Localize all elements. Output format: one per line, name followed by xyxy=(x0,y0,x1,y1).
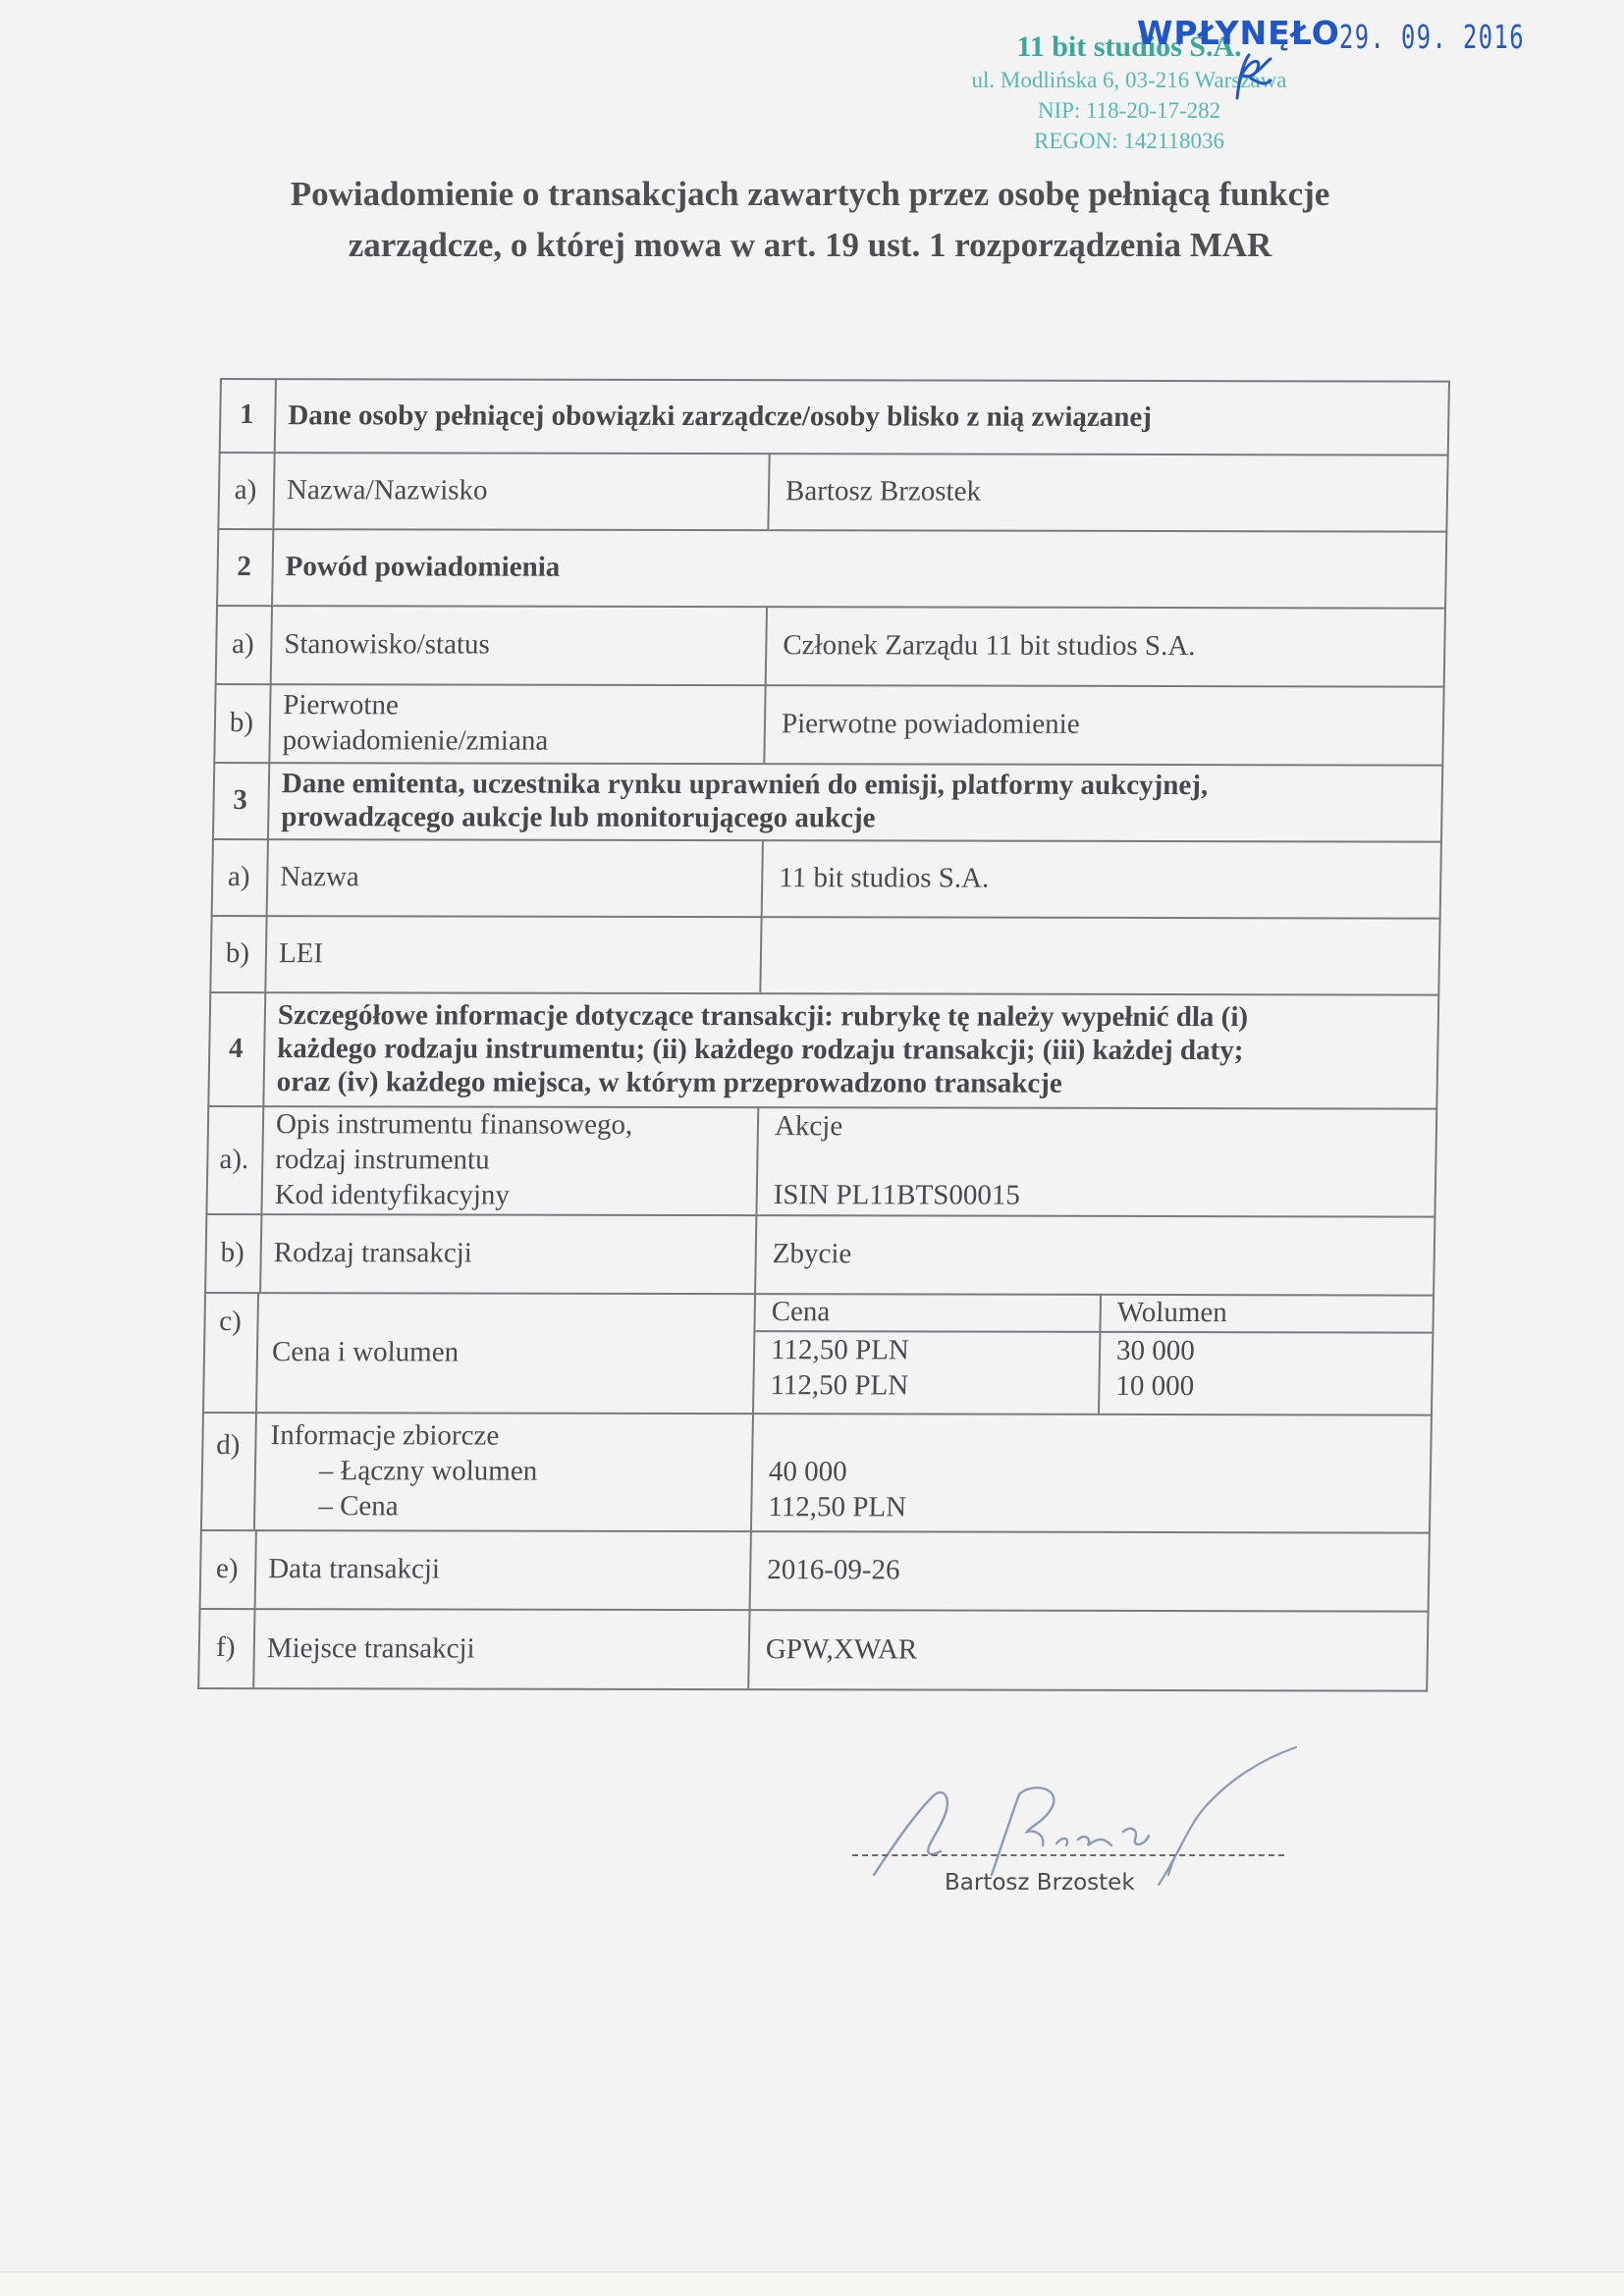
volume-cell: 30 000 xyxy=(1116,1333,1435,1369)
price-cell: 112,50 PLN xyxy=(771,1332,1100,1368)
section-heading-line2: każdego rodzaju instrumentu; (ii) każdeg… xyxy=(277,1032,1426,1067)
initials-icon xyxy=(1229,51,1272,102)
row-4b-transaction-type: b) Rodzaj transakcji Zbycie xyxy=(204,1213,1435,1297)
row-label: Nazwa/Nazwisko xyxy=(272,452,770,529)
aggregated-price-value: 112,50 PLN xyxy=(768,1489,1432,1525)
document-title-line1: Powiadomienie o transakcjach zawartych p… xyxy=(236,169,1384,220)
section-4-header: 4 Szczegółowe informacje dotyczące trans… xyxy=(207,991,1439,1110)
row-label: Stanowisko/status xyxy=(270,605,768,684)
row-key: a). xyxy=(205,1105,264,1213)
transaction-venue-value: GPW,XWAR xyxy=(766,1631,1430,1668)
lei-value xyxy=(778,954,1440,955)
row-key: a) xyxy=(215,605,273,683)
row-4a-instrument: a). Opis instrumentu finansowego, rodzaj… xyxy=(205,1105,1437,1218)
section-number: 3 xyxy=(212,762,270,838)
document-title: Powiadomienie o transakcjach zawartych p… xyxy=(236,169,1384,271)
signature-line xyxy=(852,1854,1284,1856)
isin-value: ISIN PL11BTS00015 xyxy=(773,1177,1436,1213)
row-value: 2016-09-26 xyxy=(751,1530,1431,1610)
section-heading: Dane emitenta, uczestnika rynku uprawnie… xyxy=(267,762,1443,841)
section-heading: Szczegółowe informacje dotyczące transak… xyxy=(262,991,1439,1108)
section-heading: Powód powiadomienia xyxy=(271,528,1447,608)
row-label: Nazwa xyxy=(266,838,764,916)
volume-cell: 10 000 xyxy=(1115,1368,1434,1405)
price-volume-grid: Cena Wolumen 112,50 PLN 112,50 PLN 30 00… xyxy=(754,1293,1435,1414)
row-value: Bartosz Brzostek xyxy=(769,453,1448,530)
row-key: f) xyxy=(197,1608,255,1687)
person-name-value: Bartosz Brzostek xyxy=(785,473,1449,509)
row-value: Członek Zarządu 11 bit studios S.A. xyxy=(767,606,1446,685)
row-label-line1: Opis instrumentu finansowego, xyxy=(276,1106,758,1143)
row-value: 11 bit studios S.A. xyxy=(763,839,1442,917)
section-heading-text: Dane osoby pełniącej obowiązki zarządcze… xyxy=(288,399,1436,434)
notification-type-value: Pierwotne powiadomienie xyxy=(782,706,1445,742)
row-4f-venue: f) Miejsce transakcji GPW,XWAR xyxy=(197,1608,1429,1692)
aggregated-volume-label: – Łączny wolumen xyxy=(270,1453,752,1489)
row-label-text: LEI xyxy=(279,935,761,972)
instrument-type-value: Akcje xyxy=(775,1108,1438,1145)
received-stamp-date: 29. 09. 2016 xyxy=(1339,18,1525,56)
row-2b-notification-type: b) Pierwotne powiadomienie/zmiana Pierwo… xyxy=(213,683,1444,767)
row-4e-date: e) Data transakcji 2016-09-26 xyxy=(199,1529,1431,1613)
letterhead-nip: NIP: 118-20-17-282 xyxy=(864,95,1394,126)
row-value: Zbycie xyxy=(756,1214,1435,1294)
row-key: a) xyxy=(217,452,275,528)
row-value xyxy=(761,916,1440,993)
section-1-header: 1 Dane osoby pełniącej obowiązki zarządc… xyxy=(219,378,1450,456)
row-label-text: Informacje zbiorcze xyxy=(270,1417,752,1454)
row-label-text: Nazwa xyxy=(280,859,762,895)
row-key: d) xyxy=(200,1412,257,1529)
letterhead-address: ul. Modlińska 6, 03-216 Warszawa xyxy=(864,65,1394,95)
position-value: Członek Zarządu 11 bit studios S.A. xyxy=(783,627,1446,664)
issuer-name-value: 11 bit studios S.A. xyxy=(779,860,1442,896)
transaction-type-value: Zbycie xyxy=(772,1236,1435,1272)
row-label: LEI xyxy=(264,915,762,992)
row-label: Informacje zbiorcze – Łączny wolumen – C… xyxy=(255,1412,754,1530)
section-number: 4 xyxy=(207,991,266,1105)
section-number: 1 xyxy=(219,378,277,452)
row-label-text: Data transakcji xyxy=(268,1551,750,1587)
row-3b-lei: b) LEI xyxy=(209,915,1440,996)
section-heading: Dane osoby pełniącej obowiązki zarządcze… xyxy=(274,378,1450,454)
price-cell: 112,50 PLN xyxy=(770,1367,1099,1404)
row-4c-price-volume: c) Cena i wolumen Cena Wolumen 112,50 PL… xyxy=(202,1292,1435,1416)
row-key: b) xyxy=(209,915,267,991)
row-label-line1: Pierwotne xyxy=(283,687,765,723)
section-heading-line3: oraz (iv) każdego miejsca, w którym prze… xyxy=(276,1065,1425,1100)
row-label: Pierwotne powiadomienie/zmiana xyxy=(268,683,766,763)
price-column: 112,50 PLN 112,50 PLN xyxy=(754,1332,1101,1414)
signatory-name: Bartosz Brzostek xyxy=(945,1870,1135,1896)
row-label-text: Stanowisko/status xyxy=(284,626,766,663)
row-key: e) xyxy=(199,1529,257,1608)
section-3-header: 3 Dane emitenta, uczestnika rynku uprawn… xyxy=(212,762,1443,843)
letterhead-regon: REGON: 142118036 xyxy=(864,126,1394,156)
aggregated-volume-value: 40 000 xyxy=(769,1454,1433,1490)
row-label-line2: rodzaj instrumentu xyxy=(275,1142,757,1178)
row-label: Miejsce transakcji xyxy=(252,1608,750,1688)
volume-column: 30 000 10 000 xyxy=(1100,1333,1434,1415)
row-value: Pierwotne powiadomienie xyxy=(765,684,1444,764)
row-label: Opis instrumentu finansowego, rodzaj ins… xyxy=(260,1105,759,1214)
row-3a-issuer-name: a) Nazwa 11 bit studios S.A. xyxy=(211,838,1442,920)
row-key: b) xyxy=(213,683,271,762)
row-label-line2: powiadomienie/zmiana xyxy=(282,722,764,759)
section-2-header: 2 Powód powiadomienia xyxy=(216,528,1447,610)
row-label: Data transakcji xyxy=(254,1529,752,1609)
received-stamp-label: WPŁYNĘŁO xyxy=(1137,14,1340,52)
document-title-line2: zarządcze, o której mowa w art. 19 ust. … xyxy=(236,220,1384,271)
row-key: c) xyxy=(202,1292,259,1412)
section-heading-line1: Szczegółowe informacje dotyczące transak… xyxy=(278,998,1427,1034)
price-column-header: Cena xyxy=(755,1293,1102,1333)
row-value: 40 000 112,50 PLN xyxy=(752,1413,1433,1531)
row-4d-aggregated: d) Informacje zbiorcze – Łączny wolumen … xyxy=(200,1412,1433,1534)
notification-table: 1 Dane osoby pełniącej obowiązki zarządc… xyxy=(197,378,1450,1692)
row-label: Rodzaj transakcji xyxy=(259,1213,757,1293)
aggregated-price-label: – Cena xyxy=(269,1488,751,1524)
row-2a-position: a) Stanowisko/status Członek Zarządu 11 … xyxy=(215,605,1446,688)
row-key: a) xyxy=(211,838,269,915)
row-value: Akcje ISIN PL11BTS00015 xyxy=(757,1106,1437,1215)
section-number: 2 xyxy=(216,528,274,605)
row-label-text: Miejsce transakcji xyxy=(267,1630,749,1667)
section-heading-line2: prowadzącego aukcje lub monitorującego a… xyxy=(281,800,1430,835)
volume-column-header: Wolumen xyxy=(1101,1294,1435,1334)
row-1a-name: a) Nazwa/Nazwisko Bartosz Brzostek xyxy=(217,452,1448,533)
row-label-text: Cena i wolumen xyxy=(272,1334,754,1370)
row-label-text: Rodzaj transakcji xyxy=(273,1235,755,1271)
row-value: GPW,XWAR xyxy=(749,1609,1429,1689)
row-key: b) xyxy=(204,1213,262,1292)
section-heading-text: Powód powiadomienia xyxy=(285,550,1434,585)
section-heading-line1: Dane emitenta, uczestnika rynku uprawnie… xyxy=(282,767,1431,802)
page-bottom-edge xyxy=(0,2271,1624,2296)
transaction-date-value: 2016-09-26 xyxy=(767,1552,1431,1588)
row-label-text: Nazwa/Nazwisko xyxy=(287,472,769,508)
row-label: Cena i wolumen xyxy=(257,1292,756,1413)
row-label-line3: Kod identyfikacyjny xyxy=(274,1177,756,1213)
